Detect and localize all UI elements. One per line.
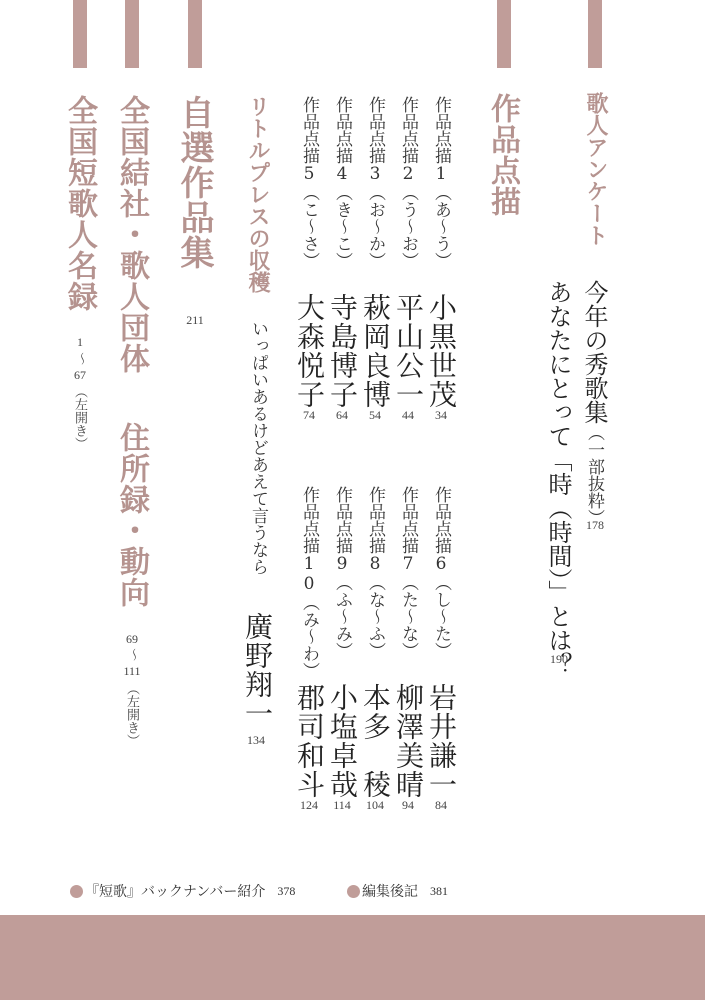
associations-tilde: 〜 <box>126 648 139 661</box>
sketch-7-author[interactable]: 柳澤美晴 <box>394 683 422 799</box>
selected-works-page: 211 <box>175 313 215 328</box>
sketch-2-label[interactable]: 作品点描2（う〜お） <box>399 96 416 269</box>
accent-bar-associations <box>125 0 139 68</box>
survey-item-2-page: 190 <box>539 652 579 667</box>
survey-item-2-title[interactable]: あなたにとって「時（時間）」とは？ <box>546 280 570 676</box>
footer-item-editors-note-page: 381 <box>430 884 448 899</box>
sketch-10-label[interactable]: 作品点描10（み〜わ） <box>300 486 317 679</box>
survey-heading: 歌人アンケート <box>584 92 606 246</box>
little-press-heading: リトルプレスの収穫 <box>246 95 268 293</box>
sketch-3-author[interactable]: 萩岡良博 <box>361 293 389 409</box>
sketch-8-author[interactable]: 本多 稜 <box>361 683 389 799</box>
sketch-7-label[interactable]: 作品点描7（た〜な） <box>399 486 416 659</box>
associations-heading-part2[interactable]: 住所録・動向 <box>116 422 146 608</box>
sketch-1-author[interactable]: 小黒世茂 <box>427 293 455 409</box>
directory-note: （左開き） <box>73 385 86 450</box>
directory-heading[interactable]: 全国短歌人名録 <box>64 95 94 312</box>
associations-page-end: 111 <box>112 664 152 679</box>
survey-item-1-text: 今年の秀歌集 <box>580 280 608 424</box>
directory-page-end: 67 <box>60 368 100 383</box>
accent-bar-directory <box>73 0 87 68</box>
sketch-2-author[interactable]: 平山公一 <box>394 293 422 409</box>
accent-bar-selected-works <box>188 0 202 68</box>
sketch-6-label[interactable]: 作品点描6（し〜た） <box>432 486 449 659</box>
associations-page-start: 69 <box>112 632 152 647</box>
sketches-heading: 作品点描 <box>487 93 517 217</box>
accent-bar-sketches <box>497 0 511 68</box>
sketch-8-label[interactable]: 作品点描8（な〜ふ） <box>366 486 383 659</box>
sketch-4-author[interactable]: 寺島博子 <box>328 293 356 409</box>
sketch-1-label[interactable]: 作品点描1（あ〜う） <box>432 96 449 269</box>
footer-item-backnumber-page: 378 <box>277 884 295 899</box>
associations-heading-part1[interactable]: 全国結社・歌人団体 <box>116 95 146 374</box>
little-press-author[interactable]: 廣野翔一 <box>243 612 271 728</box>
associations-note: （左開き） <box>125 682 138 747</box>
little-press-page: 134 <box>236 733 276 748</box>
sketch-9-label[interactable]: 作品点描9（ふ〜み） <box>333 486 350 659</box>
sketch-4-label[interactable]: 作品点描4（き〜こ） <box>333 96 350 269</box>
sketch-5-author[interactable]: 大森悦子 <box>295 293 323 409</box>
sketch-9-author[interactable]: 小塩卓哉 <box>328 683 356 799</box>
accent-bar-survey <box>588 0 602 68</box>
directory-page-start: 1 <box>60 335 100 350</box>
sketch-3-label[interactable]: 作品点描3（お〜か） <box>366 96 383 269</box>
footer-band <box>0 915 705 1000</box>
sketch-10-page: 124 <box>289 798 329 813</box>
survey-item-1-title[interactable]: 今年の秀歌集（一部抜粋） <box>582 280 606 526</box>
directory-tilde: 〜 <box>74 352 87 365</box>
bullet-dot-icon <box>347 885 360 898</box>
bullet-dot-icon <box>70 885 83 898</box>
survey-item-1-note: （一部抜粋） <box>584 424 604 526</box>
selected-works-heading[interactable]: 自選作品集 <box>177 95 211 270</box>
sketch-6-author[interactable]: 岩井謙一 <box>427 683 455 799</box>
footer-item-editors-note-label: 編集後記 <box>362 881 418 901</box>
footer-item-backnumber-label: 『短歌』バックナンバー紹介 <box>85 881 265 901</box>
sketch-5-label[interactable]: 作品点描5（こ〜さ） <box>300 96 317 269</box>
survey-item-1-page: 178 <box>575 518 615 533</box>
sketch-5-page: 74 <box>289 408 329 423</box>
footer-item-backnumber[interactable]: 『短歌』バックナンバー紹介 378 <box>70 881 295 901</box>
little-press-title[interactable]: いっぱいあるけどあえて言うなら <box>249 320 266 575</box>
sketch-10-author[interactable]: 郡司和斗 <box>295 683 323 799</box>
footer-item-editors-note[interactable]: 編集後記 381 <box>347 881 448 901</box>
